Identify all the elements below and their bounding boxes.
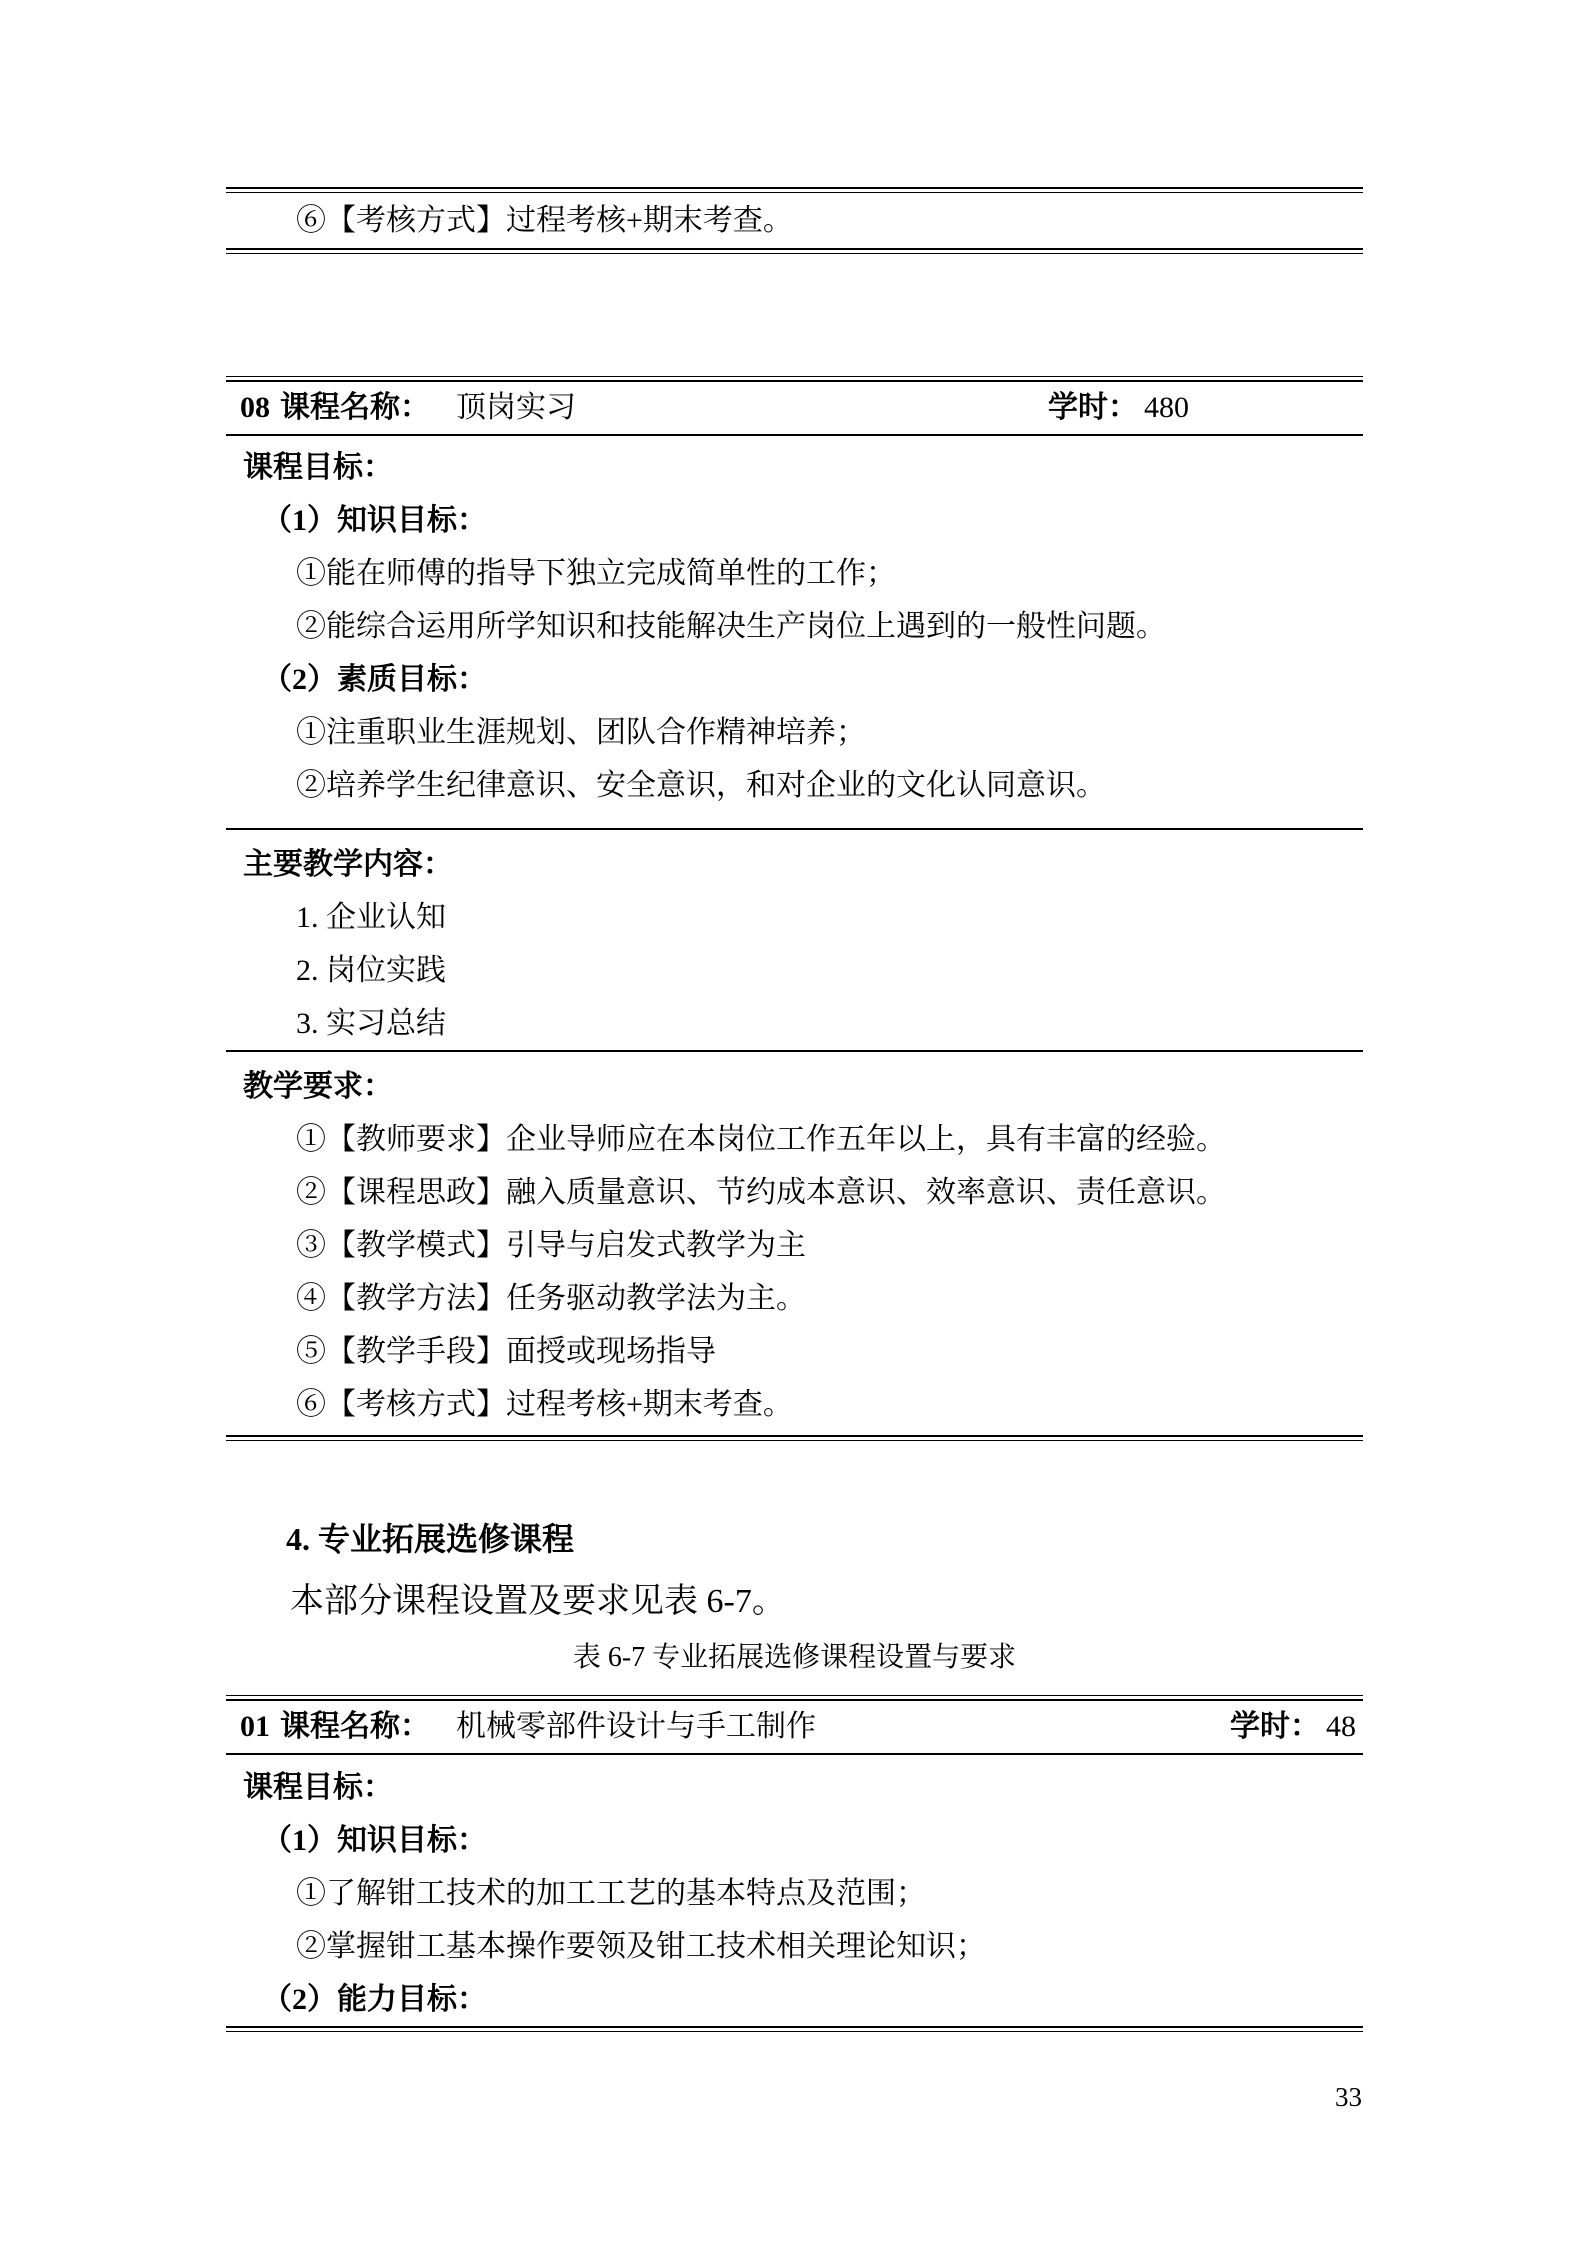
course-08-objectives-cell: 课程目标： （1）知识目标： ①能在师傅的指导下独立完成简单性的工作； ②能综合… — [226, 436, 1363, 828]
quality-objectives-title: （2）素质目标： — [226, 653, 1363, 706]
table-07-bottom-border — [226, 248, 1363, 254]
requirement-item: ①【教师要求】企业导师应在本岗位工作五年以上，具有丰富的经验。 — [226, 1113, 1363, 1166]
course-08-hours-value: 480 — [1144, 391, 1189, 424]
content-item: 2. 岗位实践 — [226, 944, 1363, 997]
knowledge-objectives-title: （1）知识目标： — [226, 1814, 1363, 1867]
course-01-hours: 学时：48 — [1230, 1701, 1356, 1753]
course-08-header-row: 08课程名称：顶岗实习 学时：480 — [226, 382, 1363, 434]
ability-objectives-title: （2）能力目标： — [226, 1973, 1363, 2026]
objective-item: ①注重职业生涯规划、团队合作精神培养； — [226, 706, 1363, 759]
requirements-title: 教学要求： — [226, 1060, 1363, 1113]
table-01-page-break-border — [226, 2026, 1363, 2032]
content-title: 主要教学内容： — [226, 838, 1363, 891]
course-01-objectives-cell: 课程目标： （1）知识目标： ①了解钳工技术的加工工艺的基本特点及范围； ②掌握… — [226, 1755, 1363, 2026]
knowledge-objectives-title: （1）知识目标： — [226, 494, 1363, 547]
requirement-item: ②【课程思政】融入质量意识、节约成本意识、效率意识、责任意识。 — [226, 1166, 1363, 1219]
objective-item: ①了解钳工技术的加工工艺的基本特点及范围； — [226, 1867, 1363, 1920]
course-01-hours-label: 学时： — [1230, 1710, 1320, 1743]
objective-item: ①能在师傅的指导下独立完成简单性的工作； — [226, 547, 1363, 600]
course-08-hours-label: 学时： — [1048, 391, 1138, 424]
page-number: 33 — [1335, 2082, 1362, 2112]
content-item: 1. 企业认知 — [226, 891, 1363, 944]
course-08-name: 顶岗实习 — [456, 391, 576, 424]
requirement-item: ⑤【教学手段】面授或现场指导 — [226, 1325, 1363, 1378]
section-4-intro: 本部分课程设置及要求见表 6-7。 — [226, 1581, 1363, 1623]
page-content: ⑥【考核方式】过程考核+期末考查。 08课程名称：顶岗实习 学时：480 课程目… — [226, 0, 1363, 2032]
course-08-hours: 学时：480 — [1048, 382, 1189, 434]
content-item: 3. 实习总结 — [226, 997, 1363, 1050]
table-6-7-caption: 表 6-7 专业拓展选修课程设置与要求 — [226, 1639, 1363, 1677]
objectives-title: 课程目标： — [226, 441, 1363, 494]
course-08-requirements-cell: 教学要求： ①【教师要求】企业导师应在本岗位工作五年以上，具有丰富的经验。 ②【… — [226, 1052, 1363, 1435]
course-08-content-cell: 主要教学内容： 1. 企业认知 2. 岗位实践 3. 实习总结 — [226, 830, 1363, 1050]
document-page: ⑥【考核方式】过程考核+期末考查。 08课程名称：顶岗实习 学时：480 课程目… — [0, 0, 1587, 2245]
requirement-item: ④【教学方法】任务驱动教学法为主。 — [226, 1272, 1363, 1325]
course-01-header-row: 01课程名称：机械零部件设计与手工制作 学时：48 — [226, 1701, 1363, 1753]
objective-item: ②能综合运用所学知识和技能解决生产岗位上遇到的一般性问题。 — [226, 600, 1363, 653]
course-01-hours-value: 48 — [1326, 1710, 1356, 1743]
course-07-assessment-item: ⑥【考核方式】过程考核+期末考查。 — [226, 194, 1363, 247]
course-01-name-label: 课程名称： — [280, 1710, 430, 1743]
course-01-name: 机械零部件设计与手工制作 — [456, 1710, 816, 1743]
objective-item: ②培养学生纪律意识、安全意识，和对企业的文化认同意识。 — [226, 759, 1363, 812]
objectives-title: 课程目标： — [226, 1761, 1363, 1814]
course-08-code: 08 — [240, 391, 270, 424]
course-01-code: 01 — [240, 1710, 270, 1743]
requirement-item: ③【教学模式】引导与启发式教学为主 — [226, 1219, 1363, 1272]
objective-item: ②掌握钳工基本操作要领及钳工技术相关理论知识； — [226, 1920, 1363, 1973]
table-07-continuation-border — [226, 187, 1363, 193]
section-4-heading: 4. 专业拓展选修课程 — [226, 1519, 1363, 1559]
course-08-name-label: 课程名称： — [280, 391, 430, 424]
table-08-bottom-border — [226, 1435, 1363, 1441]
requirement-item: ⑥【考核方式】过程考核+期末考查。 — [226, 1378, 1363, 1431]
